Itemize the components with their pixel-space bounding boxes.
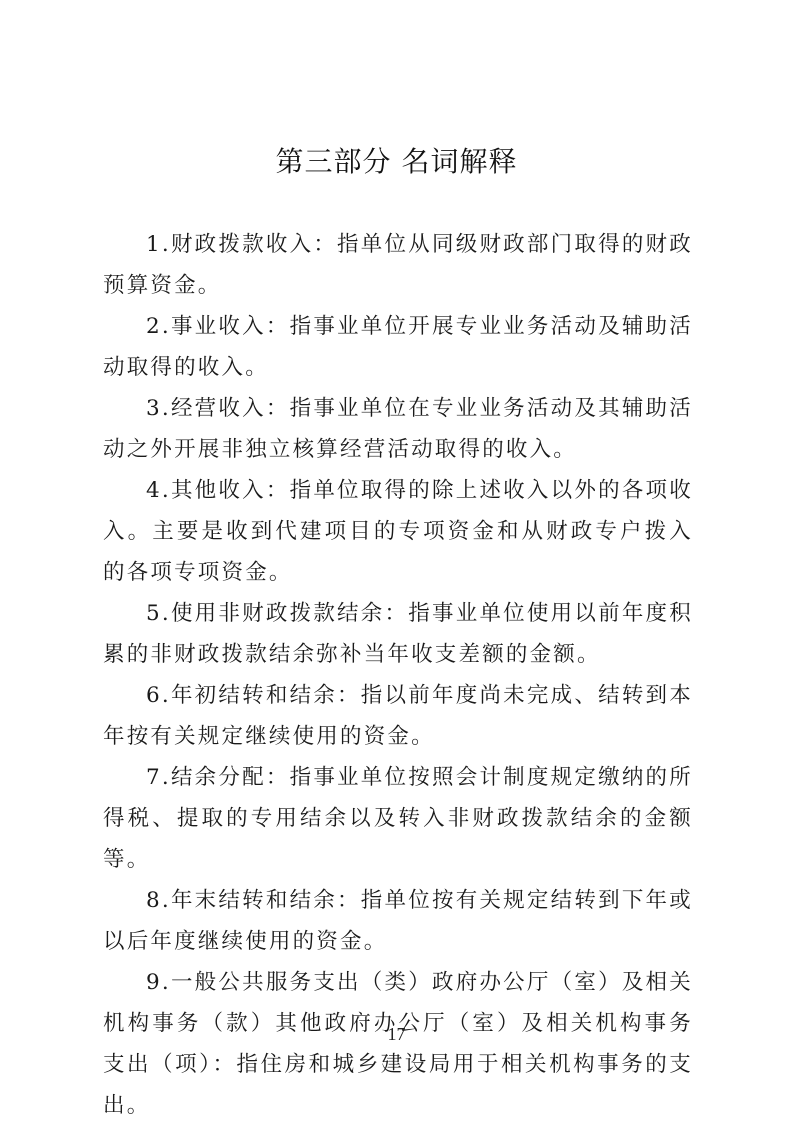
page-title: 第三部分 名词解释 bbox=[0, 140, 793, 180]
definition-paragraph: 7.结余分配：指事业单位按照会计制度规定缴纳的所得税、提取的专用结余以及转入非财… bbox=[103, 757, 693, 880]
definitions-body: 1.财政拨款收入：指单位从同级财政部门取得的财政预算资金。 2.事业收入：指事业… bbox=[103, 224, 693, 1122]
definition-paragraph: 2.事业收入：指事业单位开展专业业务活动及辅助活动取得的收入。 bbox=[103, 306, 693, 388]
definition-paragraph: 4.其他收入：指单位取得的除上述收入以外的各项收入。主要是收到代建项目的专项资金… bbox=[103, 470, 693, 593]
document-page: 第三部分 名词解释 1.财政拨款收入：指单位从同级财政部门取得的财政预算资金。 … bbox=[0, 0, 793, 1122]
definition-paragraph: 1.财政拨款收入：指单位从同级财政部门取得的财政预算资金。 bbox=[103, 224, 693, 306]
definition-paragraph: 3.经营收入：指事业单位在专业业务活动及其辅助活动之外开展非独立核算经营活动取得… bbox=[103, 388, 693, 470]
definition-paragraph: 8.年末结转和结余：指单位按有关规定结转到下年或以后年度继续使用的资金。 bbox=[103, 880, 693, 962]
definition-paragraph: 5.使用非财政拨款结余：指事业单位使用以前年度积累的非财政拨款结余弥补当年收支差… bbox=[103, 593, 693, 675]
page-number: 17 bbox=[0, 1024, 793, 1045]
definition-paragraph: 6.年初结转和结余：指以前年度尚未完成、结转到本年按有关规定继续使用的资金。 bbox=[103, 675, 693, 757]
